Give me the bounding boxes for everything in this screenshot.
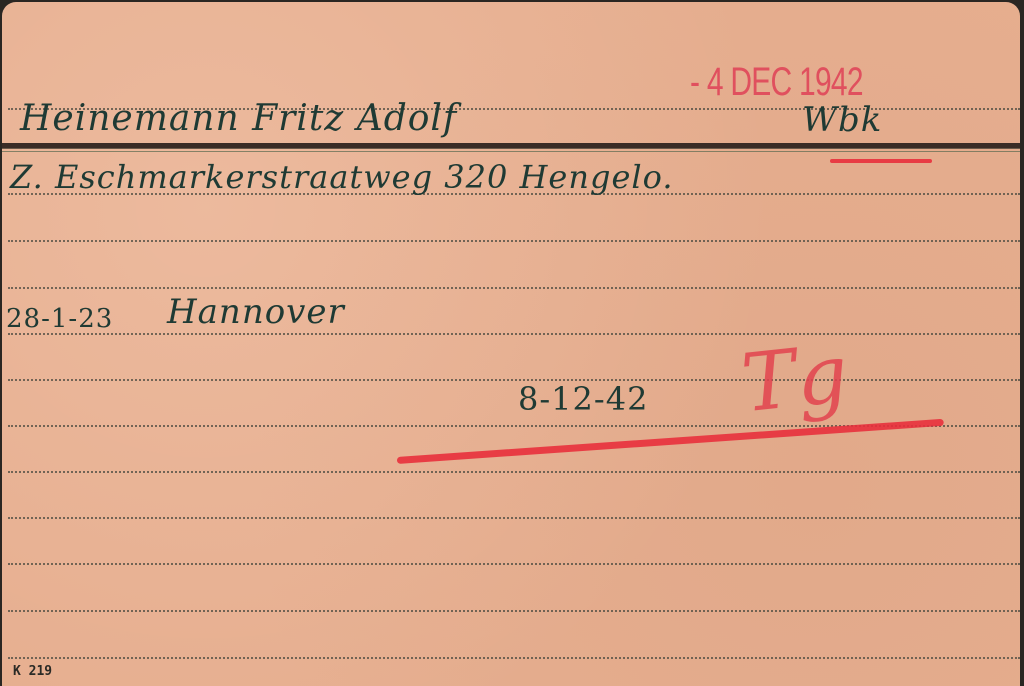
index-card: - 4 DEC 1942 Heinemann Fritz Adolf Wbk Z… — [2, 2, 1020, 686]
ruled-line — [8, 471, 1020, 473]
address: Z. Eschmarkerstraatweg 320 Hengelo. — [10, 158, 673, 196]
ruled-line — [8, 379, 1020, 381]
birth-date: 28-1-23 — [6, 304, 113, 334]
header-rule — [2, 143, 1020, 149]
entry-date: 8-12-42 — [518, 380, 648, 418]
ruled-line — [8, 333, 1020, 335]
ruled-line — [8, 657, 1020, 659]
birth-place: Hannover — [167, 292, 345, 332]
clerk-initials: Wbk — [802, 100, 882, 140]
ruled-line — [8, 287, 1020, 289]
received-date-stamp: - 4 DEC 1942 — [690, 60, 863, 105]
red-underline — [830, 159, 932, 163]
ruled-line — [8, 563, 1020, 565]
ruled-line — [8, 240, 1020, 242]
ruled-line — [8, 610, 1020, 612]
red-pencil-annotation: Tg — [737, 327, 853, 431]
form-code: K 219 — [13, 664, 52, 679]
person-name: Heinemann Fritz Adolf — [20, 98, 457, 139]
header-rule-thin — [2, 151, 1020, 152]
ruled-line — [8, 517, 1020, 519]
